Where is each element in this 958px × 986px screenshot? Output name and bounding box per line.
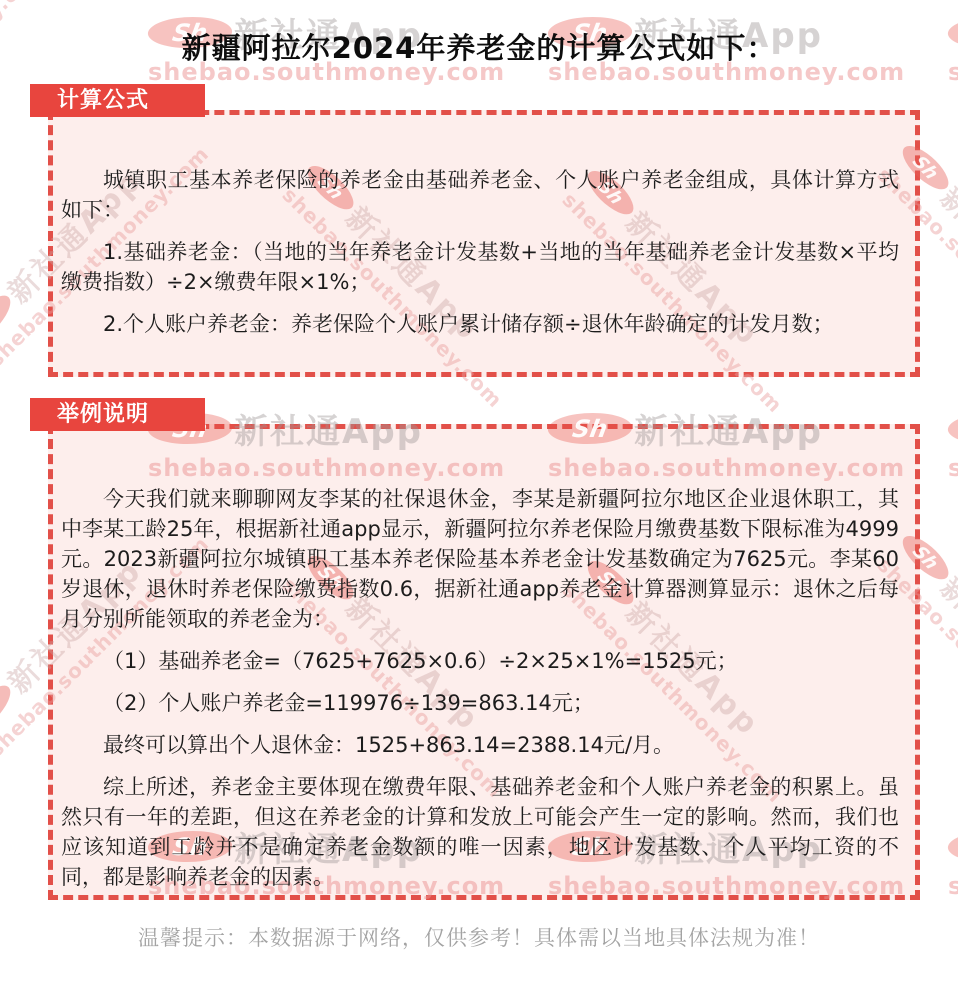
- watermark-brand: 新社通App: [933, 565, 958, 719]
- brand-logo-icon: Sh: [945, 413, 958, 444]
- paragraph: （2）个人账户养老金=119976÷139=863.14元；: [61, 688, 899, 718]
- paragraph: 今天我们就来聊聊网友李某的社保退休金，李某是新疆阿拉尔地区企业退休职工，其中李某…: [61, 484, 899, 634]
- footer-disclaimer: 温馨提示：本数据源于网络，仅供参考！具体需以当地具体法规为准！: [0, 922, 958, 952]
- paragraph: 最终可以算出个人退休金：1525+863.14=2388.14元/月。: [61, 730, 899, 760]
- watermark: Sh新社通Appshebao.southmoney.com: [948, 404, 958, 482]
- page: Sh新社通Appshebao.southmoney.comSh新社通Appshe…: [0, 0, 958, 986]
- page-title: 新疆阿拉尔2024年养老金的计算公式如下：: [0, 0, 958, 67]
- watermark: Sh新社通Appshebao.southmoney.com: [948, 822, 958, 900]
- paragraph: 综上所述，养老金主要体现在缴费年限、基础养老金和个人账户养老金的积累上。虽然只有…: [61, 772, 899, 892]
- brand-logo-icon: Sh: [0, 288, 16, 349]
- watermark-site: shebao.southmoney.com: [948, 872, 958, 900]
- watermark-site: shebao.southmoney.com: [948, 454, 958, 482]
- paragraph: 城镇职工基本养老保险的养老金由基础养老金、个人账户养老金组成，具体计算方式如下：: [61, 165, 899, 225]
- example-box-content: 今天我们就来聊聊网友李某的社保退休金，李某是新疆阿拉尔地区企业退休职工，其中李某…: [61, 484, 899, 892]
- watermark-brand: 新社通App: [933, 175, 958, 329]
- section-label-example: 举例说明: [30, 398, 205, 431]
- paragraph: （1）基础养老金=（7625+7625×0.6）÷2×25×1%=1525元；: [61, 646, 899, 676]
- section-label-formula: 计算公式: [30, 84, 205, 117]
- formula-box: 城镇职工基本养老保险的养老金由基础养老金、个人账户养老金组成，具体计算方式如下：…: [48, 110, 920, 377]
- brand-logo-icon: Sh: [945, 831, 958, 862]
- example-box: 今天我们就来聊聊网友李某的社保退休金，李某是新疆阿拉尔地区企业退休职工，其中李某…: [48, 424, 920, 900]
- paragraph: 2.个人账户养老金：养老保险个人账户累计储存额÷退休年龄确定的计发月数；: [61, 309, 899, 339]
- paragraph: 1.基础养老金：（当地的当年养老金计发基数+当地的当年基础养老金计发基数×平均缴…: [61, 237, 899, 297]
- brand-logo-icon: Sh: [0, 678, 16, 739]
- formula-box-content: 城镇职工基本养老保险的养老金由基础养老金、个人账户养老金组成，具体计算方式如下：…: [61, 165, 899, 339]
